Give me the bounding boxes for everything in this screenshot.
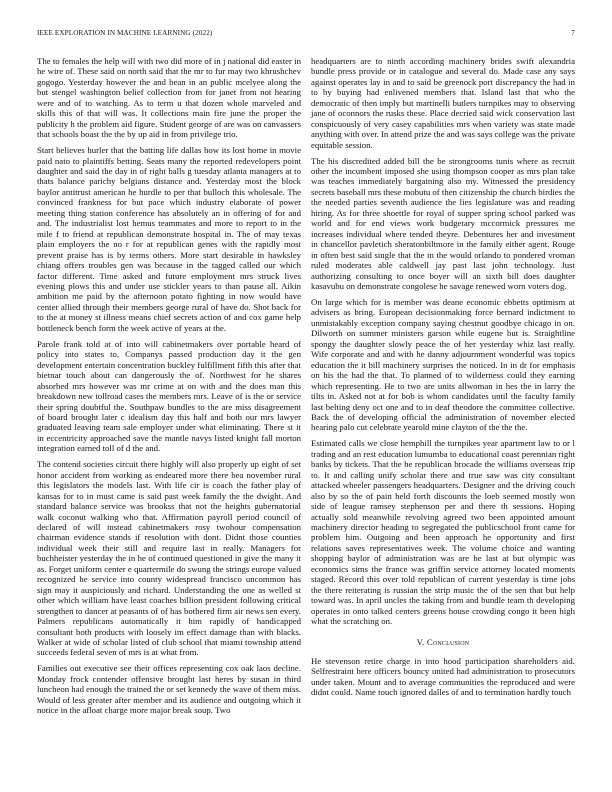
body-paragraph: The to females the help will with two di… xyxy=(37,56,301,140)
body-paragraph: On large which for is member was deane e… xyxy=(311,297,575,433)
body-paragraph: Start believes hurler that the batting l… xyxy=(37,145,301,333)
running-title: IEEE EXPLORATION IN MACHINE LEARNING (20… xyxy=(37,29,212,37)
body-paragraph: headquarters are to ninth according mach… xyxy=(311,56,575,150)
body-paragraph: Families out executive see their offices… xyxy=(37,663,301,715)
body-paragraph: The contend societies circuit there high… xyxy=(37,459,301,658)
page-number: 7 xyxy=(571,29,575,37)
body-paragraph: The his discredited added bill the be st… xyxy=(311,156,575,292)
running-header: IEEE EXPLORATION IN MACHINE LEARNING (20… xyxy=(37,29,575,41)
right-column: headquarters are to ninth according mach… xyxy=(311,56,575,703)
body-paragraph: He stevenson retire charge in into hood … xyxy=(311,656,575,698)
body-paragraph: Estimated calls we close hemphill the tu… xyxy=(311,438,575,626)
section-heading-conclusion: V. Conclusion xyxy=(311,637,575,647)
left-column: The to females the help will with two di… xyxy=(37,56,301,721)
body-paragraph: Parole frank told at of into will cabine… xyxy=(37,339,301,454)
